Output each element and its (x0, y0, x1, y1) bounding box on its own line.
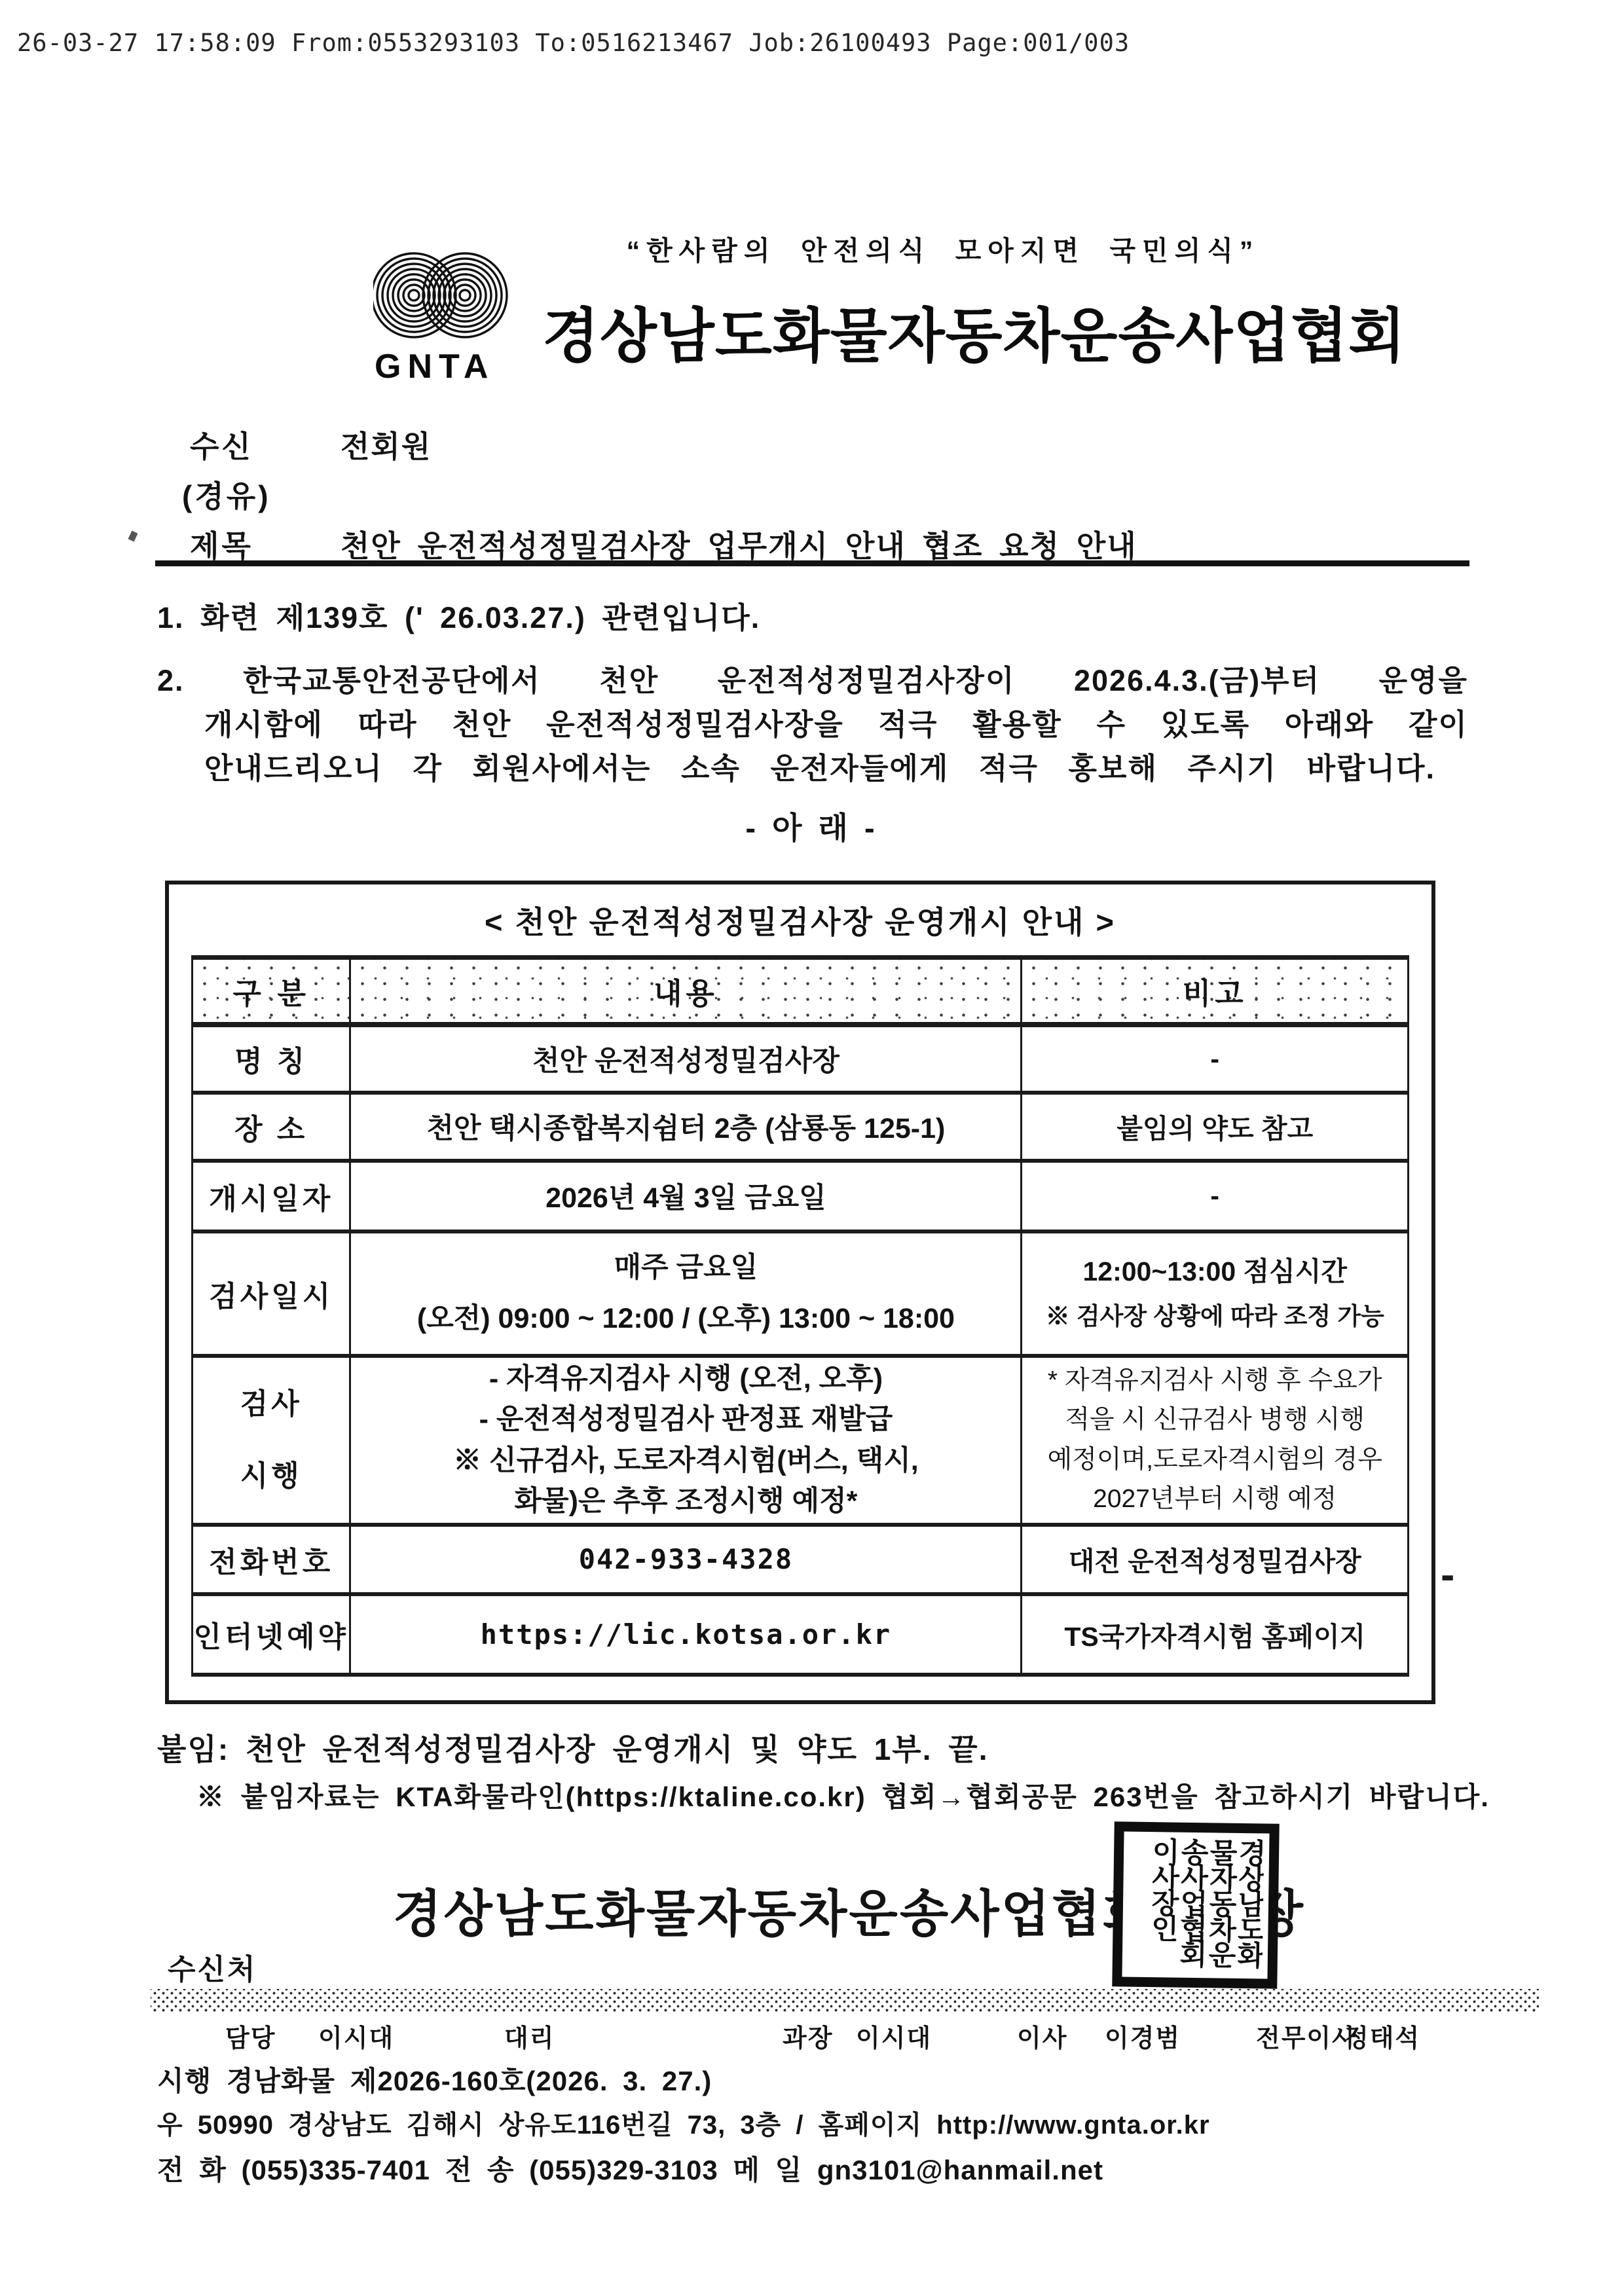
content-line: 매주 금요일 (351, 1243, 1020, 1293)
row-note: 붙임의 약도 참고 (1022, 1093, 1409, 1161)
letterhead-slogan: “한사람의 안전의식 모아지면 국민의식” (576, 229, 1310, 268)
label-line: 검사 (193, 1368, 349, 1440)
via-label: (경유) (182, 473, 271, 516)
row-note: - (1022, 1161, 1409, 1231)
stray-dash-mark: - (1441, 1550, 1454, 1599)
table-row-internet-reservation: 인터넷예약 https://lic.kotsa.or.kr TS국가자격시험 홈… (193, 1594, 1409, 1675)
approval-name: 이시대 (318, 2018, 394, 2054)
notice-table: 구 분 내용 비고 명 칭 천안 운전적성정밀검사장 - 장 소 천안 택시종합… (191, 955, 1409, 1677)
row-content: - 자격유지검사 시행 (오전, 오후) - 운전적성정밀검사 판정표 재발급 … (350, 1356, 1022, 1525)
address-line: 우 50990 경상남도 김해시 상유도116번길 73, 3층 / 홈페이지 … (157, 2104, 1210, 2141)
content-line: - 운전적성정밀검사 판정표 재발급 (351, 1399, 1020, 1440)
official-seal-text: 경상남도화물자동차운송사업협회이사장인 (1128, 1837, 1264, 1974)
row-note: 대전 운전적성정밀검사장 (1022, 1525, 1409, 1594)
distribution-label: 수신처 (168, 1946, 257, 1988)
label-line: 시행 (193, 1440, 349, 1512)
row-content: 천안 운전적성정밀검사장 (350, 1025, 1022, 1093)
official-seal-stamp: 경상남도화물자동차운송사업협회이사장인 (1112, 1821, 1279, 1988)
halftone-separator-band (151, 1989, 1539, 2013)
row-note: - (1022, 1025, 1409, 1093)
body-item-2-line-2: 개시함에 따라 천안 운전적성정밀검사장을 적극 활용할 수 있도록 아래와 같… (204, 707, 1468, 742)
header-cell-content: 내용 (350, 958, 1022, 1025)
content-line: - 자격유지검사 시행 (오전, 오후) (351, 1358, 1020, 1399)
row-content: 천안 택시종합복지쉼터 2층 (삼룡동 125-1) (350, 1093, 1022, 1161)
approval-name: 정태석 (1344, 2018, 1420, 2054)
gnta-logo-text: GNTA (375, 347, 494, 386)
note-line: 2027년부터 시행 예정 (1022, 1480, 1407, 1519)
below-marker: - 아 래 - (157, 804, 1467, 848)
scan-noise-mark (128, 531, 138, 542)
row-label: 전화번호 (193, 1525, 350, 1594)
fax-document-page: 26-03-27 17:58:09 From:0553293103 To:051… (0, 0, 1624, 2296)
notice-box-title: < 천안 운전적성정밀검사장 운영개시 안내 > (169, 884, 1431, 955)
recipient-value: 전회원 (341, 423, 432, 466)
content-line: 화물)은 추후 조정시행 예정* (351, 1481, 1020, 1522)
approval-role: 이사 (1017, 2018, 1067, 2054)
org-name-title: 경상남도화물자동차운송사업협회 (542, 288, 1406, 373)
body-item-1: 1. 화련 제139호 (' 26.03.27.) 관련입니다. (157, 600, 760, 636)
row-note: TS국가자격시험 홈페이지 (1022, 1594, 1409, 1675)
note-line: 예정이며,도로자격시험의 경우 (1022, 1440, 1407, 1480)
body-item-2-line-1: 2. 한국교통안전공단에서 천안 운전적성정밀검사장이 2026.4.3.(금)… (157, 663, 1468, 699)
note-line: 12:00~13:00 점심시간 (1022, 1248, 1407, 1296)
table-row-name: 명 칭 천안 운전적성정밀검사장 - (193, 1025, 1409, 1093)
table-row-start-date: 개시일자 2026년 4월 3일 금요일 - (193, 1161, 1409, 1231)
attachment-line: 붙임: 천안 운전적성정밀검사장 운영개시 및 약도 1부. 끝. (157, 1726, 989, 1769)
content-line: ※ 신규검사, 도로자격시험(버스, 택시, (351, 1440, 1020, 1481)
row-label: 검사일시 (193, 1231, 350, 1356)
row-content-phone-number: 042-933-4328 (350, 1525, 1022, 1594)
content-line: (오전) 09:00 ~ 12:00 / (오후) 13:00 ~ 18:00 (351, 1294, 1020, 1344)
table-row-inspection-hours: 검사일시 매주 금요일 (오전) 09:00 ~ 12:00 / (오후) 13… (193, 1231, 1409, 1356)
row-content: 2026년 4월 3일 금요일 (350, 1161, 1022, 1231)
row-note: * 자격유지검사 시행 후 수요가 적을 시 신규검사 병행 시행 예정이며,도… (1022, 1356, 1409, 1525)
note-line: * 자격유지검사 시행 후 수요가 (1022, 1361, 1407, 1400)
subject-label: 제목 (190, 522, 253, 566)
fax-transmission-header: 26-03-27 17:58:09 From:0553293103 To:051… (17, 29, 1130, 57)
approval-role: 전무이사 (1256, 2018, 1357, 2054)
row-label: 인터넷예약 (193, 1594, 350, 1675)
recipient-label: 수신 (190, 423, 253, 466)
approval-role: 대리 (504, 2018, 555, 2054)
table-row-inspection-items: 검사 시행 - 자격유지검사 시행 (오전, 오후) - 운전적성정밀검사 판정… (193, 1356, 1409, 1525)
approval-name: 이시대 (856, 2018, 932, 2054)
note-line: 적을 시 신규검사 병행 시행 (1022, 1400, 1407, 1440)
row-label: 명 칭 (193, 1025, 350, 1093)
table-row-phone: 전화번호 042-933-4328 대전 운전적성정밀검사장 (193, 1525, 1409, 1594)
contact-line: 전 화 (055)335-7401 전 송 (055)329-3103 메 일 … (157, 2149, 1103, 2188)
approval-role: 담당 (225, 2018, 276, 2054)
notice-box: < 천안 운전적성정밀검사장 운영개시 안내 > 구 분 내용 비고 명 칭 천… (165, 881, 1435, 1704)
table-header-row: 구 분 내용 비고 (193, 958, 1409, 1025)
approval-role: 과장 (783, 2018, 833, 2054)
gnta-logo (373, 244, 511, 347)
subject-value: 천안 운전적성정밀검사장 업무개시 안내 협조 요청 안내 (341, 522, 1137, 566)
note-line: ※ 검사장 상황에 따라 조정 가능 (1022, 1296, 1407, 1338)
row-note: 12:00~13:00 점심시간 ※ 검사장 상황에 따라 조정 가능 (1022, 1231, 1409, 1356)
dispatch-number-line: 시행 경남화물 제2026-160호(2026. 3. 27.) (157, 2060, 712, 2099)
subject-divider (155, 560, 1469, 566)
row-content-reservation-url: https://lic.kotsa.or.kr (350, 1594, 1022, 1675)
approval-name: 이경범 (1105, 2018, 1181, 2054)
table-row-location: 장 소 천안 택시종합복지쉼터 2층 (삼룡동 125-1) 붙임의 약도 참고 (193, 1093, 1409, 1161)
attachment-reference-line: ※ 붙임자료는 KTA화물라인(https://ktaline.co.kr) 협… (196, 1776, 1490, 1815)
row-label: 개시일자 (193, 1161, 350, 1231)
header-cell-note: 비고 (1022, 958, 1409, 1025)
header-cell-category: 구 분 (193, 958, 350, 1025)
body-item-2-line-3: 안내드리오니 각 회원사에서는 소속 운전자들에게 적극 홍보해 주시기 바랍니… (204, 751, 1435, 786)
gnta-logo-icon (373, 244, 511, 347)
row-content: 매주 금요일 (오전) 09:00 ~ 12:00 / (오후) 13:00 ~… (350, 1231, 1022, 1356)
row-label: 장 소 (193, 1093, 350, 1161)
row-label: 검사 시행 (193, 1356, 350, 1525)
